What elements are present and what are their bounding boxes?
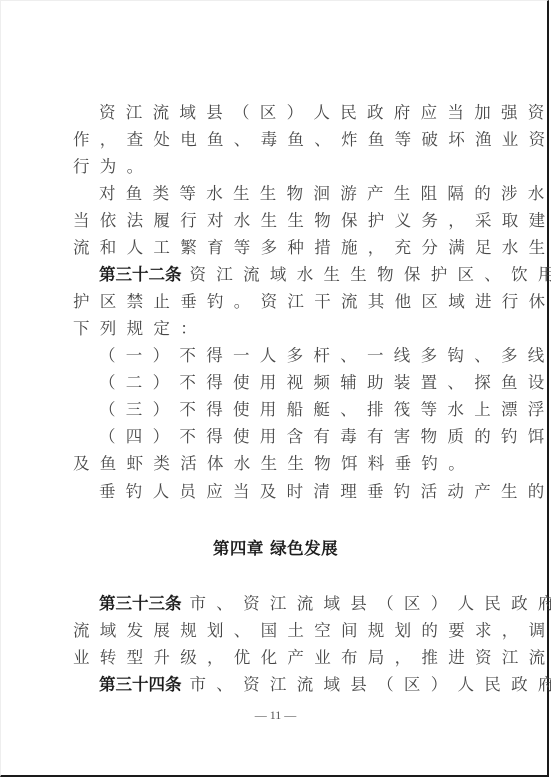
- chapter-title: 第四章 绿色发展: [1, 535, 550, 563]
- document-page: 资江流域县（区）人民政府应当加强资江流域禁捕执法工 作，查处电鱼、毒鱼、炸鱼等破…: [0, 0, 549, 777]
- article-label: 第三十三条: [99, 594, 182, 613]
- paragraph-line: 垂钓人员应当及时清理垂钓活动产生的垃圾、废弃物。: [99, 478, 455, 505]
- article-33-first-line: 第三十三条市、资江流域县（区）人民政府应当根据长江: [99, 590, 455, 617]
- paragraph-line: 作，查处电鱼、毒鱼、炸鱼等破坏渔业资源和生态环境的捕捞: [73, 126, 455, 153]
- paragraph-line: 护区禁止垂钓。资江干流其他区域进行休闲垂钓的，应当遵守: [73, 288, 455, 315]
- article-text: 市、资江流域县（区）人民政府应当根据国务: [190, 675, 551, 694]
- paragraph-line: 当依法履行对水生生物保护义务，采取建设过鱼设施、增殖放: [73, 207, 455, 234]
- article-label: 第三十二条: [99, 265, 182, 284]
- list-item: （三）不得使用船艇、排筏等水上漂浮物进行垂钓；: [99, 396, 455, 423]
- paragraph-line: 业转型升级，优化产业布局，推进资江流域绿色发展。: [73, 644, 455, 671]
- list-item: （二）不得使用视频辅助装置、探鱼设备垂钓；: [99, 369, 455, 396]
- paragraph-line: 行为。: [73, 153, 455, 180]
- list-item: （一）不得一人多杆、一线多钩、多线多钩垂钓；: [99, 342, 455, 369]
- paragraph-line: 对鱼类等水生生物洄游产生阻隔的涉水工程建设单位，应: [99, 180, 455, 207]
- article-label: 第三十四条: [99, 675, 182, 694]
- paragraph-line: 流域发展规划、国土空间规划的要求，调整产业结构，推动产: [73, 617, 455, 644]
- paragraph-line: 流和人工繁育等多种措施，充分满足水生生物的生态需求。: [73, 234, 455, 261]
- article-text: 资江流域水生生物保护区、饮用水水源一级保: [190, 265, 551, 284]
- list-item-continuation: 及鱼虾类活体水生生物饵料垂钓。: [73, 450, 455, 477]
- article-text: 市、资江流域县（区）人民政府应当根据长江: [190, 594, 551, 613]
- article-32-first-line: 第三十二条资江流域水生生物保护区、饮用水水源一级保: [99, 261, 455, 288]
- list-item: （四）不得使用含有毒有害物质的钓饵、窝料和添加剂以: [99, 423, 455, 450]
- page-number: — 11 —: [1, 706, 550, 724]
- article-34-first-line: 第三十四条市、资江流域县（区）人民政府应当根据国务: [99, 671, 455, 698]
- paragraph-line: 下列规定：: [73, 315, 455, 342]
- paragraph-line: 资江流域县（区）人民政府应当加强资江流域禁捕执法工: [99, 99, 455, 126]
